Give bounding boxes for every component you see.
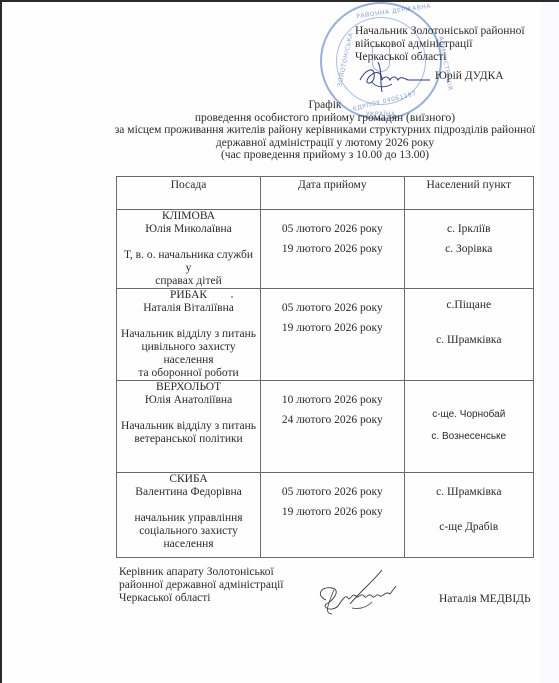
table-header-row: Посада Дата прийому Населений пункт [117,177,534,210]
title-line: проведення особистого прийому громадян (… [110,112,540,125]
table-row: ВЕРХОЛЬОТ Юлія Анатоліївна Начальник від… [117,381,534,473]
header-locality: Населений пункт [404,177,533,210]
cell-dates: 10 лютого 2026 року 24 лютого 2026 року [261,381,404,473]
official-role: та оборонної роботи [120,367,257,380]
reception-date: 19 лютого 2026 року [264,506,400,519]
title-line: за місцем проживання жителів району кері… [110,124,540,137]
reception-date: 19 лютого 2026 року [264,322,400,335]
table-row: КЛІМОВА Юлія Миколаївна Т, в. о. начальн… [117,210,534,289]
official-given-names: Валентина Федорівна [120,486,257,499]
approval-line: військової адміністрації [355,38,525,51]
official-surname: СКИБА [120,473,257,486]
official-given-names: Наталія Віталіївна [120,302,257,315]
document-title: Графік проведення особистого прийому гро… [110,99,540,162]
locality: с. Шрамківка [408,334,530,347]
title-line: (час проведення прийому з 10.00 до 13.00… [110,149,540,162]
cell-places: с. Шрамківка с-ще Драбів [404,473,533,558]
official-role: справах дітей [120,275,257,288]
footer-signatory: Наталія МЕДВІДЬ [439,593,531,605]
locality: с. Іркліїв [408,223,530,236]
cell-places: с. Іркліїв с. Зорівка [404,210,533,289]
title-heading: Графік [110,99,540,112]
cell-official: СКИБА Валентина Федорівна начальник упра… [117,473,261,558]
official-role: населення [120,538,257,551]
cell-dates: 05 лютого 2026 року 19 лютого 2026 року [261,210,404,289]
official-role: Т, в. о. начальника служби у [120,249,257,275]
cell-official: ВЕРХОЛЬОТ Юлія Анатоліївна Начальник від… [117,381,261,473]
official-given-names: Юлія Миколаївна [120,223,257,236]
locality: с-ще Драбів [408,521,530,534]
cell-official: КЛІМОВА Юлія Миколаївна Т, в. о. начальн… [117,210,261,289]
cell-places: с-ще. Чорнобай с. Вознесенське [404,381,533,473]
approval-signature-icon [352,58,432,94]
official-surname: КЛІМОВА [120,210,257,223]
schedule-table: Посада Дата прийому Населений пункт КЛІМ… [116,176,534,558]
header-position: Посада [117,177,261,210]
locality: с.Піщане [408,299,530,312]
table-row: РИБАК Наталія Віталіївна Начальник відді… [117,289,534,381]
cell-places: с.Піщане с. Шрамківка [404,289,533,381]
official-surname: РИБАК [120,289,257,302]
footer-line: районної державної адміністрації [119,579,284,592]
footer-position: Керівник апарату Золотоніської районної … [119,566,284,605]
cell-dates: 05 лютого 2026 року 19 лютого 2026 року [261,289,404,381]
page-edge [541,2,559,683]
footer-line: Черкаської області [119,592,284,605]
reception-date: 19 лютого 2026 року [264,243,400,256]
locality: с. Зорівка [408,243,530,256]
title-line: державної адміністрації у лютому 2026 ро… [110,137,540,150]
official-role: Начальник відділу з питань [120,328,257,341]
reception-date: 24 лютого 2026 року [264,414,400,427]
reception-date: 05 лютого 2026 року [264,486,400,499]
cell-dates: 05 лютого 2026 року 19 лютого 2026 року [261,473,404,558]
approval-signatory: Юрій ДУДКА [435,70,504,82]
table-row: СКИБА Валентина Федорівна начальник упра… [117,473,534,558]
official-role: начальник управління [120,512,257,525]
official-surname: ВЕРХОЛЬОТ [120,381,257,394]
footer-signature-icon [312,568,412,618]
approval-line: Начальник Золотоніської районної [355,25,525,38]
locality: с. Шрамківка [408,486,530,499]
reception-date: 10 лютого 2026 року [264,394,400,407]
official-role: Начальник відділу з питань [120,420,257,433]
header-date: Дата прийому [261,177,404,210]
locality: с. Вознесенське [408,430,530,443]
footer-line: Керівник апарату Золотоніської [119,566,284,579]
reception-date: 05 лютого 2026 року [264,302,400,315]
official-role: ветеранської політики [120,433,257,446]
reception-date: 05 лютого 2026 року [264,223,400,236]
locality: с-ще. Чорнобай [408,408,530,421]
official-role: соціального захисту [120,525,257,538]
official-role: цивільного захисту населення [120,341,257,367]
cell-official: РИБАК Наталія Віталіївна Начальник відді… [117,289,261,381]
official-given-names: Юлія Анатоліївна [120,394,257,407]
